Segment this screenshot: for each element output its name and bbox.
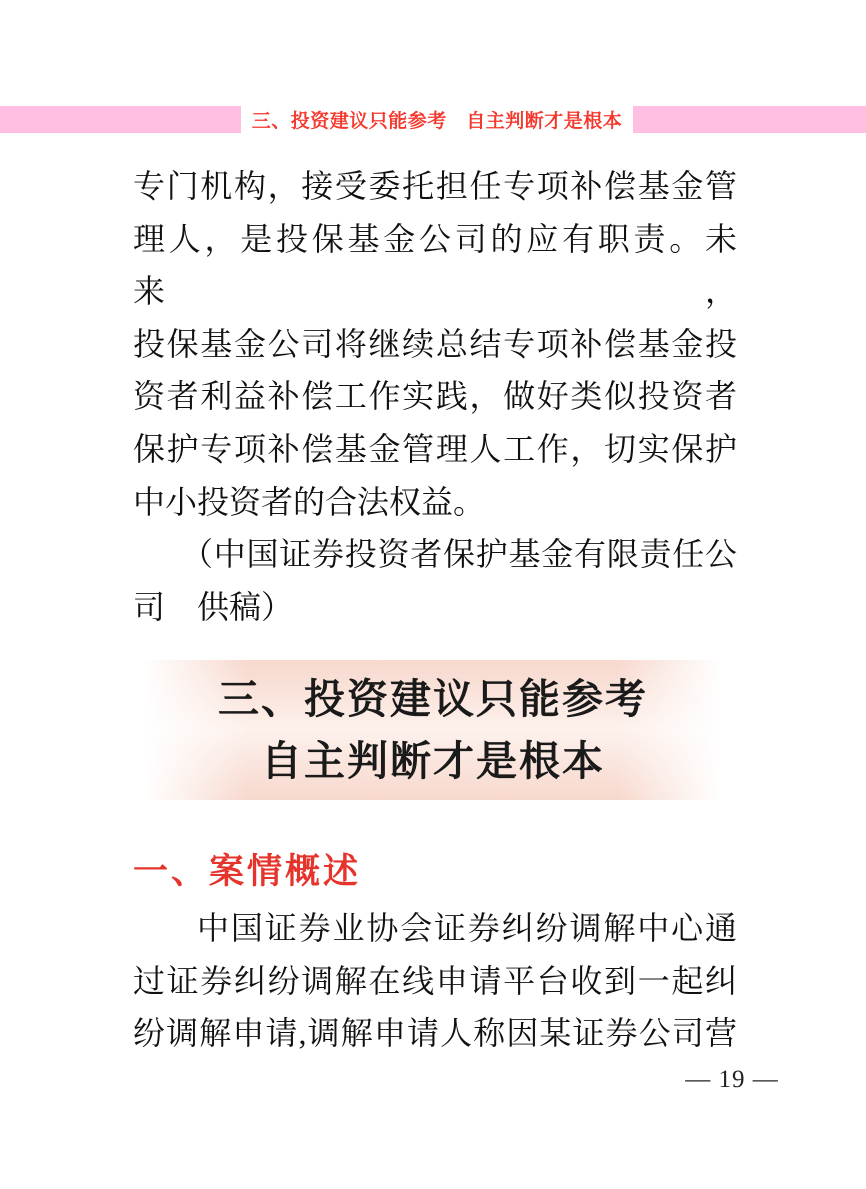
body-line: 理人，是投保基金公司的应有职责。未来，	[133, 213, 737, 318]
body-line: 专门机构，接受委托担任专项补偿基金管	[133, 160, 737, 213]
paragraph-case-summary: 中国证券业协会证券纠纷调解中心通 过证券纠纷调解在线申请平台收到一起纠 纷调解申…	[133, 902, 737, 1060]
section-title-box: 三、投资建议只能参考 自主判断才是根本	[145, 660, 721, 800]
page-number: — 19 —	[657, 1066, 807, 1094]
header-bar-right	[633, 106, 866, 133]
body-line: 保护专项补偿基金管理人工作，切实保护	[133, 423, 737, 476]
attribution-line: （中国证券投资者保护基金有限责任公	[133, 528, 737, 581]
running-header-title: 三、投资建议只能参考 自主判断才是根本	[241, 106, 633, 133]
sub-heading: 一、案情概述	[133, 844, 361, 894]
attribution-line: 司 供稿）	[133, 581, 737, 634]
body-line: 纷调解申请,调解申请人称因某证券公司营	[133, 1007, 737, 1060]
body-line: 投保基金公司将继续总结专项补偿基金投	[133, 318, 737, 371]
section-title-line-1: 三、投资建议只能参考	[145, 668, 721, 730]
body-line: 中国证券业协会证券纠纷调解中心通	[133, 902, 737, 955]
header-bar-left	[0, 106, 241, 133]
section-title-line-2: 自主判断才是根本	[145, 730, 721, 792]
body-line: 中小投资者的合法权益。	[133, 476, 737, 529]
paragraph-continued: 专门机构，接受委托担任专项补偿基金管 理人，是投保基金公司的应有职责。未来， 投…	[133, 160, 737, 633]
book-page: 三、投资建议只能参考 自主判断才是根本 专门机构，接受委托担任专项补偿基金管 理…	[0, 0, 866, 1189]
body-line: 过证券纠纷调解在线申请平台收到一起纠	[133, 955, 737, 1008]
body-line: 资者利益补偿工作实践，做好类似投资者	[133, 370, 737, 423]
